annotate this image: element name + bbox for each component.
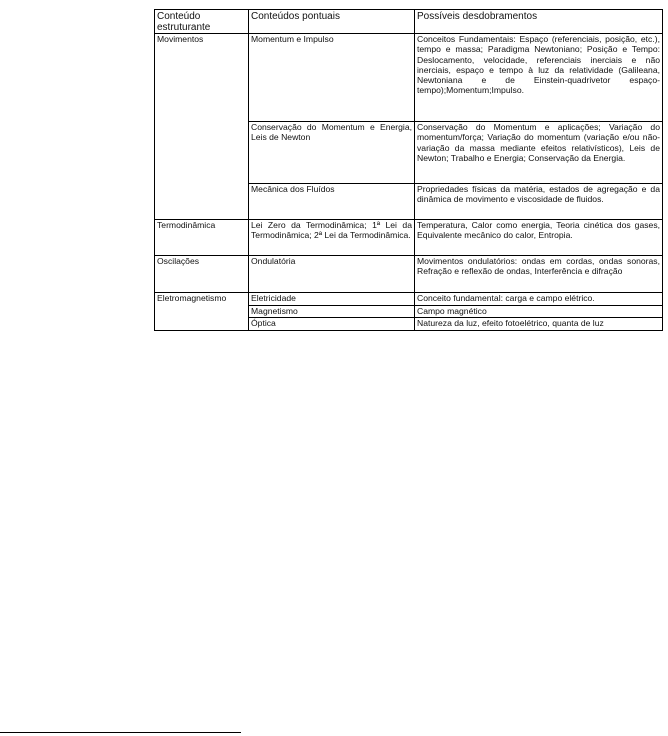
desdobramentos-cell: Campo magnético [415,306,663,318]
desdobramentos-cell: Propriedades físicas da matéria, estados… [415,184,663,220]
desdobramentos-cell: Conceitos Fundamentais: Espaço (referenc… [415,34,663,122]
desdobramentos-cell: Temperatura, Calor como energia, Teoria … [415,220,663,256]
pontual-cell: Mecânica dos Fluídos [249,184,415,220]
table-row: Oscilações Ondulatória Movimentos ondula… [155,256,663,293]
pontual-cell: Magnetismo [249,306,415,318]
desdobramentos-cell: Natureza da luz, efeito fotoelétrico, qu… [415,318,663,331]
table-row: Movimentos Momentum e Impulso Conceitos … [155,34,663,122]
pontual-cell: Eletricidade [249,293,415,306]
table-row: Eletromagnetismo Eletricidade Conceito f… [155,293,663,306]
estruturante-cell: Termodinâmica [155,220,249,256]
pontual-cell: Conservação do Momentum e Energia, Leis … [249,122,415,184]
header-conteudos-pontuais: Conteúdos pontuais [249,10,415,34]
header-row: Conteúdo estruturante Conteúdos pontuais… [155,10,663,34]
estruturante-cell: Eletromagnetismo [155,293,249,331]
estruturante-cell: Movimentos [155,34,249,220]
pontual-cell: Lei Zero da Termodinâmica; 1ª Lei da Ter… [249,220,415,256]
header-possiveis-desdobramentos: Possíveis desdobramentos [415,10,663,34]
table-row: Termodinâmica Lei Zero da Termodinâmica;… [155,220,663,256]
pontual-cell: Ondulatória [249,256,415,293]
desdobramentos-cell: Conceito fundamental: carga e campo elét… [415,293,663,306]
pontual-cell: Óptica [249,318,415,331]
desdobramentos-cell: Movimentos ondulatórios: ondas em cordas… [415,256,663,293]
header-conteudo-estruturante: Conteúdo estruturante [155,10,249,34]
desdobramentos-cell: Conservação do Momentum e aplicações; Va… [415,122,663,184]
pontual-cell: Momentum e Impulso [249,34,415,122]
estruturante-cell: Oscilações [155,256,249,293]
footnote-separator [0,732,241,733]
content-table: Conteúdo estruturante Conteúdos pontuais… [154,9,663,331]
